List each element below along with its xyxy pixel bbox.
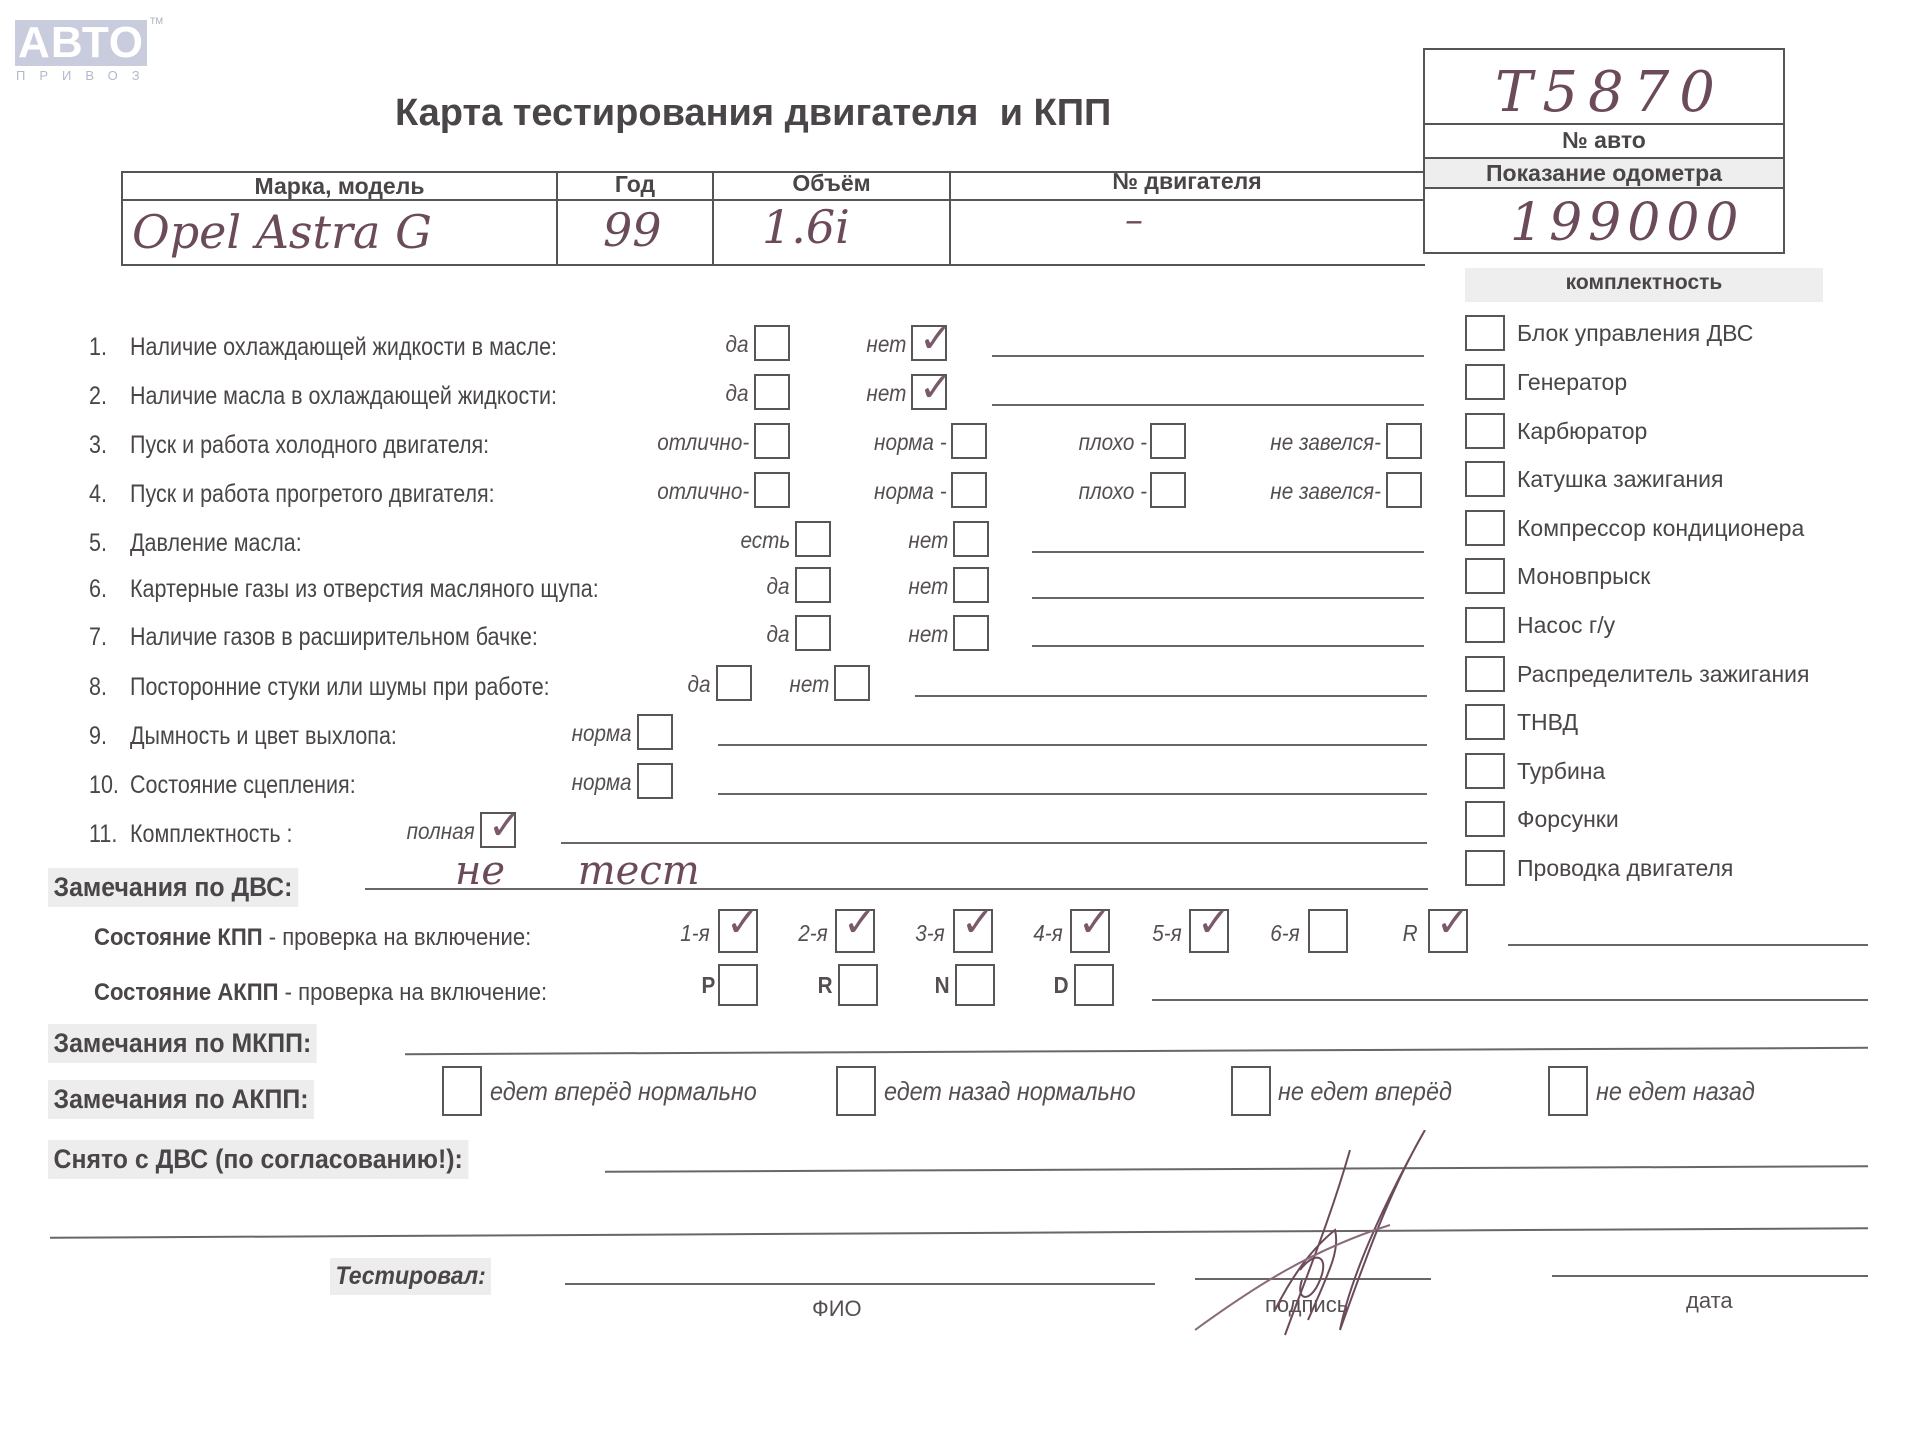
auto-remark-checkbox[interactable] [1548,1066,1588,1116]
option-checkbox[interactable] [1386,423,1422,459]
option-checkbox[interactable] [953,567,989,603]
completeness-item: Турбина [1517,758,1605,785]
auto-remarks-label: Замечания по АКПП: [48,1080,314,1119]
completeness-checkbox[interactable] [1465,656,1505,692]
option-label: нет [908,573,948,600]
position-checkbox[interactable] [838,964,878,1006]
position-label: N [935,972,950,999]
option-label: да [688,671,711,698]
date-line[interactable] [1552,1275,1868,1277]
header-make-model: Марка, модель [123,173,556,200]
name-line[interactable] [565,1283,1155,1285]
header-year: Год [558,171,712,198]
completeness-checkbox[interactable] [1465,364,1505,400]
engine-number-value[interactable]: – [1125,200,1143,241]
option-checkbox[interactable] [754,325,790,361]
option-checkbox[interactable]: ✓ [480,812,516,848]
option-label: нет [866,331,906,358]
date-caption: дата [1686,1288,1733,1314]
checkmark-icon: ✓ [919,368,953,408]
checkmark-icon: ✓ [843,903,877,943]
completeness-checkbox[interactable] [1465,753,1505,789]
completeness-checkbox[interactable] [1465,704,1505,740]
position-checkbox[interactable] [718,964,758,1006]
completeness-title: комплектность [1465,271,1823,295]
completeness-checkbox[interactable] [1465,510,1505,546]
engine-remarks-value[interactable]: не тест [455,848,700,894]
gear-label: 5-я [1153,920,1182,947]
manual-remarks-line[interactable] [405,1047,1868,1055]
checkmark-icon: ✓ [1436,903,1470,943]
completeness-checkbox[interactable] [1465,850,1505,886]
gear-checkbox[interactable]: ✓ [1189,909,1229,953]
option-label: отлично- [657,478,749,505]
auto-gearbox-line [1152,999,1868,1001]
checkmark-icon: ✓ [1197,903,1231,943]
gear-label: R [1403,920,1418,947]
option-checkbox[interactable] [754,423,790,459]
option-checkbox[interactable] [637,763,673,799]
option-label: полная [407,818,475,845]
completeness-item: Блок управления ДВС [1517,320,1753,347]
option-label: нет [789,671,829,698]
odometer-label: Показание одометра [1425,160,1783,187]
auto-gearbox-label: Состояние АКПП - проверка на включение: [94,979,547,1007]
option-checkbox[interactable] [754,374,790,410]
option-label: не завелся- [1270,478,1381,505]
notes-line[interactable] [718,744,1427,746]
signature-icon [1190,1130,1430,1340]
option-label: да [726,380,749,407]
question-label: Наличие масла в охлаждающей жидкости: [130,382,557,411]
question-number: 5. [89,529,107,558]
gear-label: 3-я [916,920,945,947]
auto-remark-label: едет вперёд нормально [490,1076,757,1107]
option-label: да [726,331,749,358]
completeness-item: ТНВД [1517,709,1578,736]
position-label: R [818,972,833,999]
gear-label: 1-я [681,920,710,947]
question-number: 1. [89,333,107,362]
option-checkbox[interactable] [716,665,752,701]
manual-remarks-label: Замечания по МКПП: [48,1024,317,1063]
question-label: Наличие газов в расширительном бачке: [130,623,538,652]
volume-value[interactable]: 1.6i [762,200,850,254]
header-volume: Объём [714,170,949,197]
gear-checkbox[interactable]: ✓ [835,909,875,953]
completeness-checkbox[interactable] [1465,801,1505,837]
question-label: Комплектность : [130,820,292,849]
option-checkbox[interactable] [795,615,831,651]
question-number: 2. [89,382,107,411]
option-checkbox[interactable] [1150,423,1186,459]
completeness-item: Моновпрыск [1517,563,1650,590]
completeness-item: Распределитель зажигания [1517,661,1809,688]
gear-label: 4-я [1034,920,1063,947]
completeness-item: Карбюратор [1517,418,1647,445]
question-label: Состояние сцепления: [130,771,356,800]
notes-line[interactable] [1032,645,1424,647]
option-checkbox[interactable] [795,521,831,557]
make-model-value[interactable]: Opel Astra G [132,205,432,259]
checkmark-icon: ✓ [919,319,953,359]
question-number: 11. [89,820,117,849]
option-label: нет [908,621,948,648]
option-label: плохо - [1079,478,1147,505]
logo-trademark: TM [150,16,163,26]
notes-line[interactable] [561,842,1427,844]
option-label: есть [740,527,790,554]
auto-remark-checkbox[interactable] [442,1066,482,1116]
option-label: норма - [874,429,947,456]
option-checkbox[interactable]: ✓ [911,374,947,410]
question-number: 3. [89,431,107,460]
gear-checkbox[interactable]: ✓ [718,909,758,953]
option-checkbox[interactable] [795,567,831,603]
question-number: 10. [89,771,119,800]
question-label: Посторонние стуки или шумы при работе: [130,673,550,702]
year-value[interactable]: 99 [603,203,662,257]
option-checkbox[interactable]: ✓ [911,325,947,361]
position-label: D [1054,972,1069,999]
option-label: норма [572,769,632,796]
manual-gearbox-line [1508,944,1868,946]
question-label: Давление масла: [130,529,302,558]
engine-remarks-label: Замечания по ДВС: [48,868,298,907]
question-number: 7. [89,623,107,652]
option-label: не завелся- [1270,429,1381,456]
checkmark-icon: ✓ [961,903,995,943]
position-label: P [701,972,715,999]
manual-gearbox-label: Состояние КПП - проверка на включение: [94,924,531,952]
option-checkbox[interactable] [834,665,870,701]
logo-subtitle: ПРИВОЗ [16,68,154,83]
completeness-checkbox[interactable] [1465,413,1505,449]
question-number: 4. [89,480,107,509]
option-checkbox[interactable] [637,714,673,750]
checkmark-icon: ✓ [488,806,522,846]
gear-checkbox[interactable]: ✓ [1070,909,1110,953]
gear-checkbox[interactable]: ✓ [953,909,993,953]
auto-remark-checkbox[interactable] [836,1066,876,1116]
completeness-item: Проводка двигателя [1517,855,1733,882]
page-title: Карта тестирования двигателя и КПП [395,92,1111,135]
notes-line[interactable] [1032,551,1424,553]
question-label: Картерные газы из отверстия масляного щу… [130,575,599,604]
option-label: отлично- [657,429,749,456]
position-checkbox[interactable] [955,964,995,1006]
question-label: Наличие охлаждающей жидкости в масле: [130,333,557,362]
completeness-checkbox[interactable] [1465,461,1505,497]
gear-checkbox[interactable] [1308,909,1348,953]
option-label: да [767,621,790,648]
divider-line [50,1227,1868,1239]
auto-remark-label: едет назад нормально [884,1076,1136,1107]
completeness-checkbox[interactable] [1465,315,1505,351]
notes-line[interactable] [1032,597,1424,599]
header-engine-number: № двигателя [951,168,1423,195]
question-label: Пуск и работа прогретого двигателя: [130,480,495,509]
completeness-item: Генератор [1517,369,1627,396]
option-checkbox[interactable] [754,472,790,508]
completeness-item: Катушка зажигания [1517,466,1723,493]
auto-remark-label: не едет вперёд [1278,1076,1452,1107]
removed-label: Снято с ДВС (по согласованию!): [48,1140,468,1179]
gear-label: 6-я [1271,920,1300,947]
notes-line[interactable] [992,404,1424,406]
position-checkbox[interactable] [1074,964,1114,1006]
question-number: 9. [89,722,107,751]
completeness-item: Насос г/у [1517,612,1615,639]
option-checkbox[interactable] [953,521,989,557]
option-checkbox[interactable] [951,423,987,459]
gear-label: 2-я [799,920,828,947]
notes-line[interactable] [992,355,1424,357]
option-label: плохо - [1079,429,1147,456]
odometer-value[interactable]: 199000 [1510,193,1745,253]
completeness-checkbox[interactable] [1465,607,1505,643]
completeness-checkbox[interactable] [1465,558,1505,594]
question-number: 6. [89,575,107,604]
question-label: Дымность и цвет выхлопа: [130,722,397,751]
car-number-label: № авто [1425,127,1783,154]
gear-checkbox[interactable]: ✓ [1428,909,1468,953]
checkmark-icon: ✓ [1078,903,1112,943]
completeness-item: Компрессор кондиционера [1517,515,1804,542]
option-label: нет [866,380,906,407]
option-label: норма [572,720,632,747]
option-label: норма - [874,478,947,505]
checkmark-icon: ✓ [726,903,760,943]
option-checkbox[interactable] [1150,472,1186,508]
option-label: да [767,573,790,600]
question-number: 8. [89,673,107,702]
question-label: Пуск и работа холодного двигателя: [130,431,489,460]
option-label: нет [908,527,948,554]
tested-by-label: Тестировал: [330,1258,491,1295]
car-number-value[interactable]: T5870 [1495,60,1725,125]
logo: АВТО [15,20,147,66]
auto-remark-checkbox[interactable] [1231,1066,1271,1116]
option-checkbox[interactable] [1386,472,1422,508]
option-checkbox[interactable] [951,472,987,508]
auto-remark-label: не едет назад [1596,1076,1755,1107]
notes-line[interactable] [718,793,1427,795]
name-caption: ФИО [812,1296,862,1322]
completeness-item: Форсунки [1517,806,1619,833]
notes-line[interactable] [915,695,1427,697]
option-checkbox[interactable] [953,615,989,651]
